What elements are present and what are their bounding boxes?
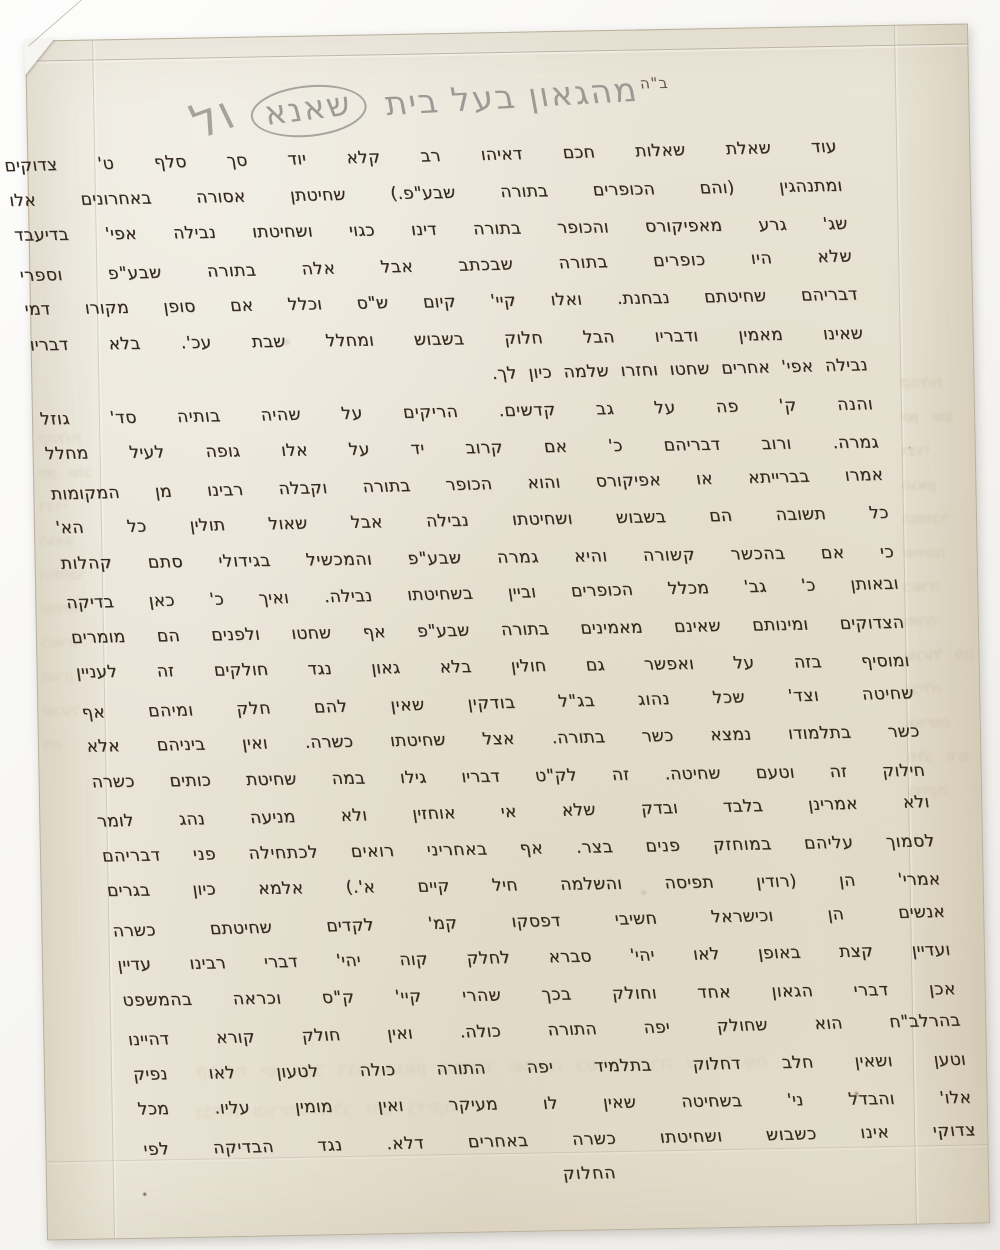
horizontal-fold-crease-top [26, 43, 967, 61]
manuscript-paper-sheet: קהלות ישן שוב דברי הגאון המחבר שחיטה כשר… [25, 23, 990, 1240]
blessing-mark: ב"ה [638, 74, 669, 92]
pencil-attribution-heading: מהגאון בעל בית שאנא ול [184, 58, 644, 143]
manuscript-text-block: עוד שאלת שאלות חכם דאיהו רב קלא יוד סך ס… [2, 131, 983, 1192]
manuscript-photo: קהלות ישן שוב דברי הגאון המחבר שחיטה כשר… [0, 0, 1000, 1250]
pencil-heading-flourish: ול [182, 84, 245, 149]
pencil-heading-circled-word: שאנא [245, 79, 372, 144]
ink-speck [142, 1192, 147, 1197]
corner-crease-line [28, 0, 84, 46]
foxing-spot [908, 446, 912, 450]
pencil-heading-main: מהגאון בעל בית [382, 70, 642, 123]
